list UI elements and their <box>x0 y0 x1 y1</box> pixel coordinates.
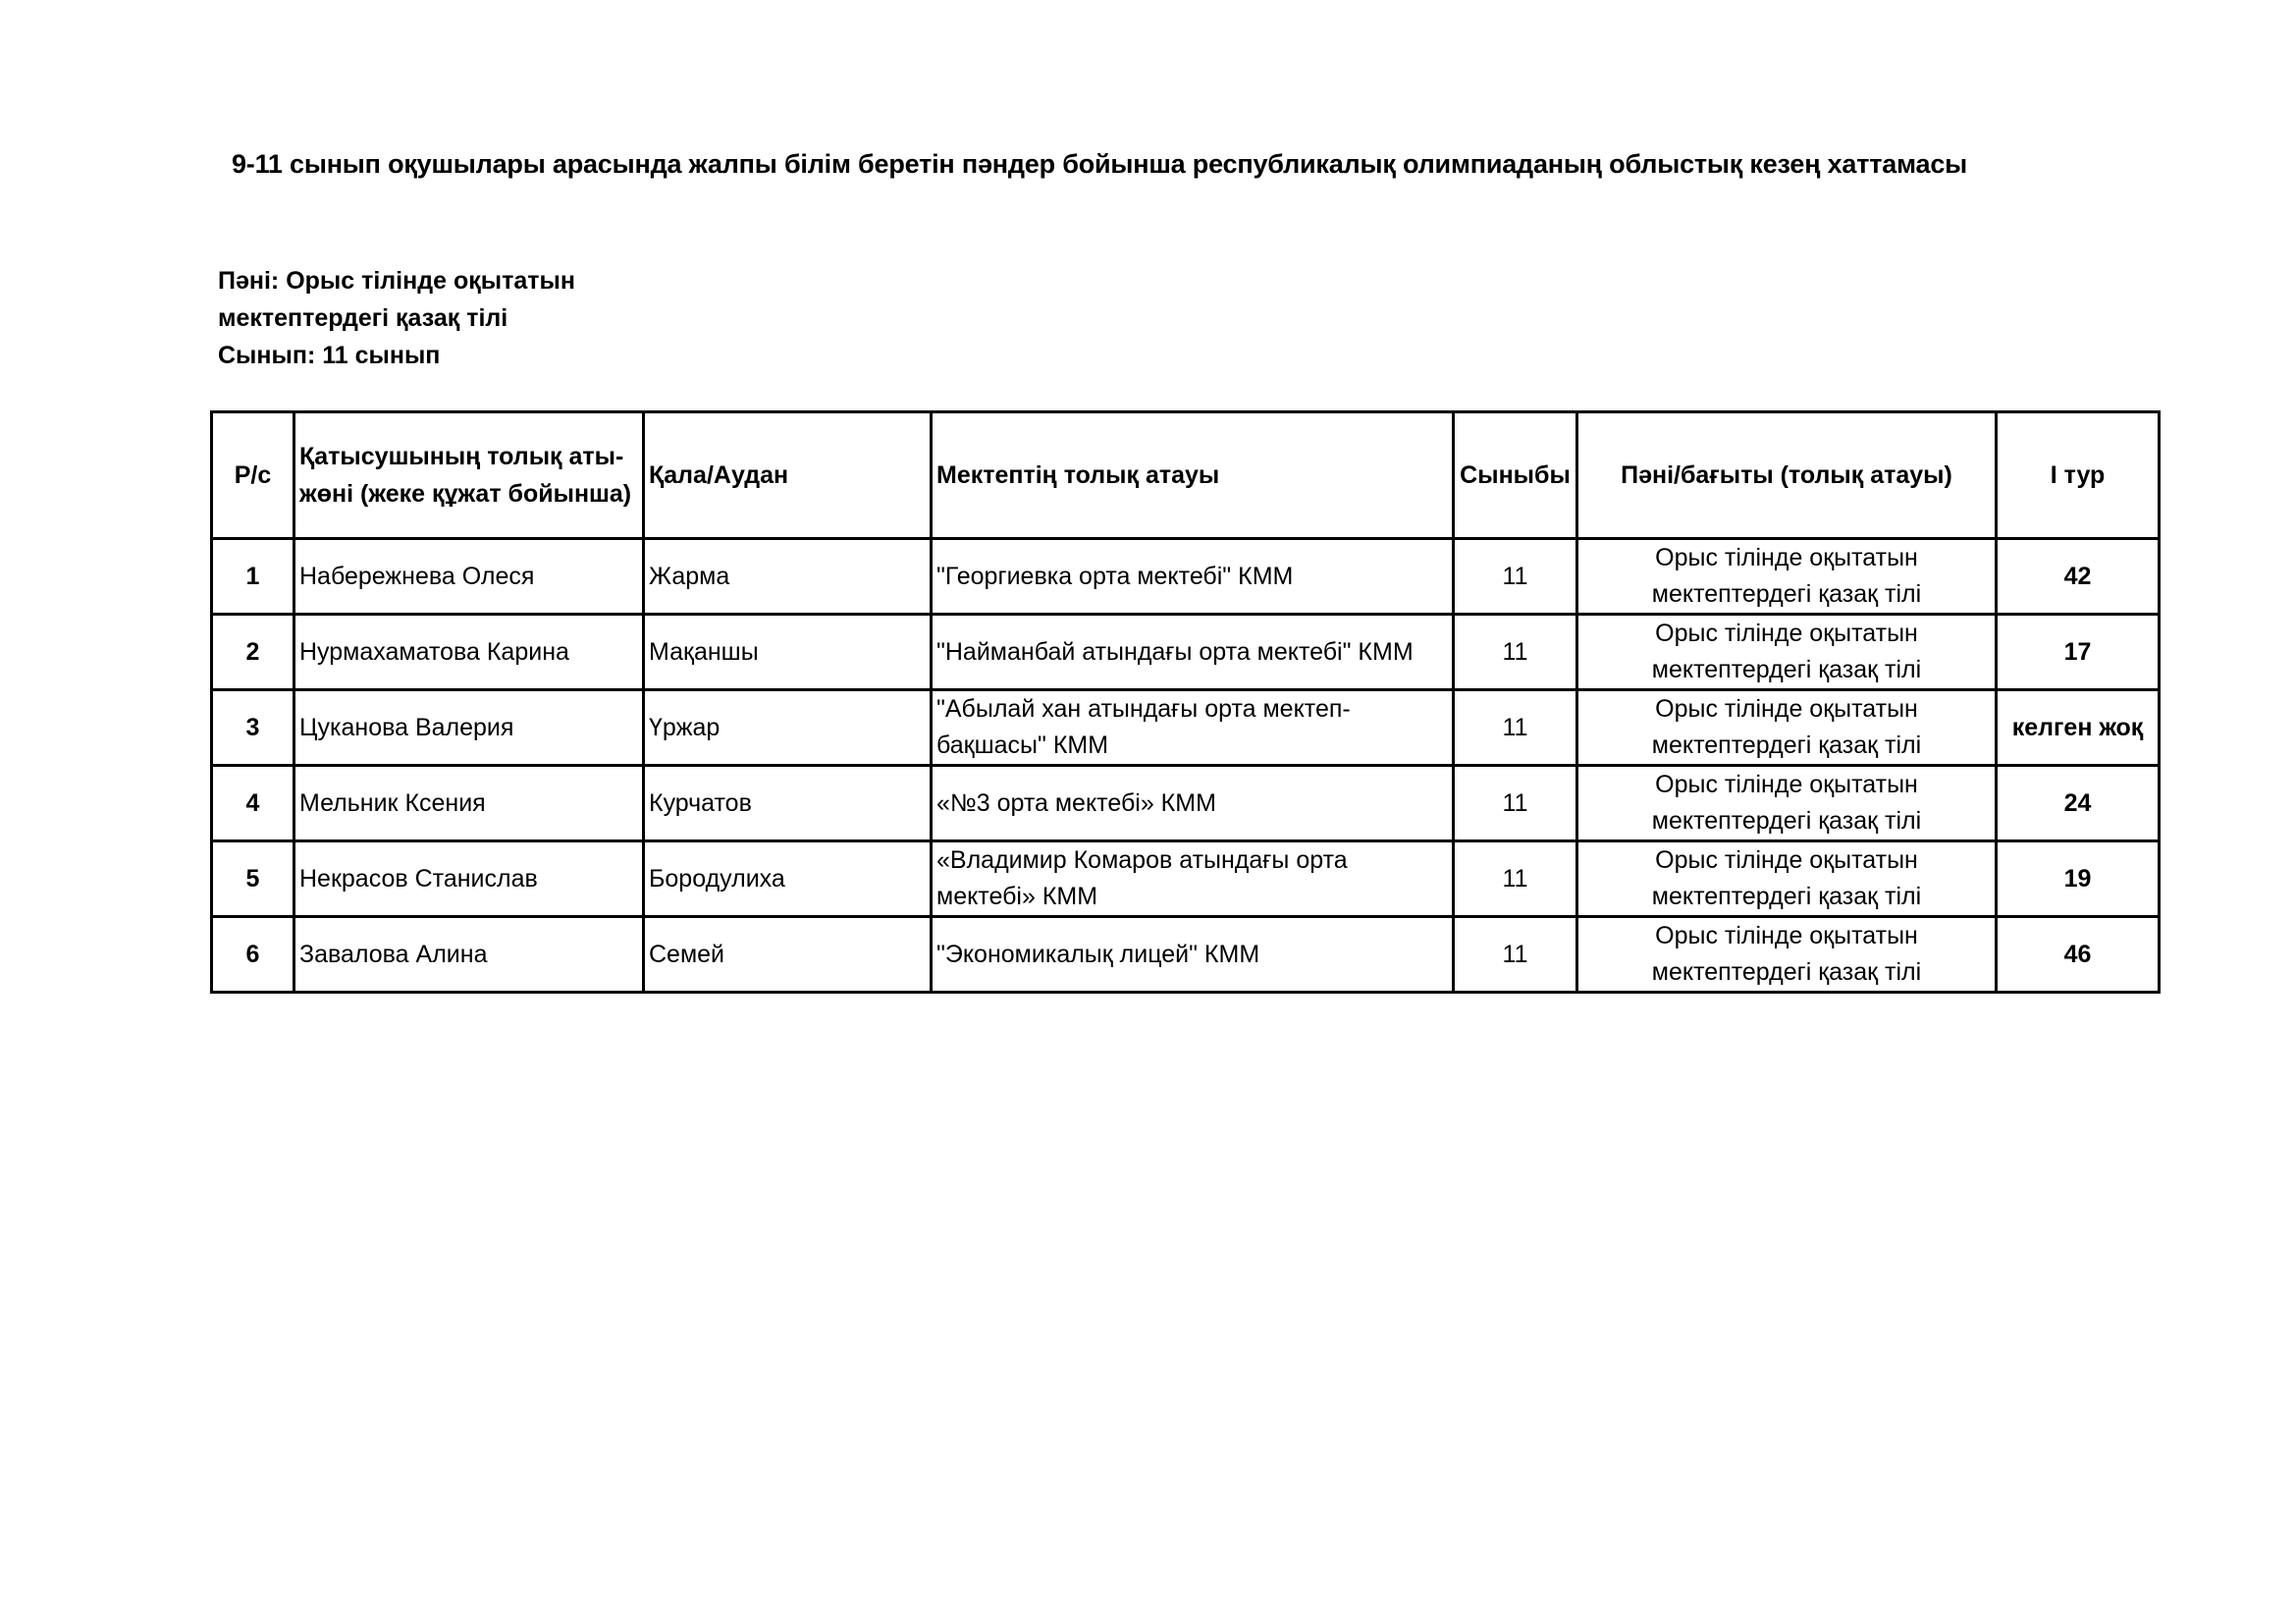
cell-full-name: Нурмахаматова Карина <box>294 615 644 690</box>
cell-round1: 42 <box>1997 539 2160 615</box>
results-table: Р/с Қатысушының толық аты-жөні (жеке құж… <box>210 410 2161 994</box>
table-row: 4 Мельник Ксения Курчатов «№3 орта мекте… <box>212 766 2160 841</box>
cell-round1: келген жоқ <box>1997 690 2160 766</box>
table-row: 2 Нурмахаматова Карина Мақаншы "Найманба… <box>212 615 2160 690</box>
cell-number: 4 <box>212 766 294 841</box>
cell-full-name: Мельник Ксения <box>294 766 644 841</box>
cell-grade: 11 <box>1454 917 1577 993</box>
cell-city-district: Үржар <box>644 690 932 766</box>
cell-grade: 11 <box>1454 690 1577 766</box>
cell-subject: Орыс тілінде оқытатын мектептердегі қаза… <box>1577 615 1997 690</box>
cell-number: 1 <box>212 539 294 615</box>
cell-school: «№3 орта мектебі» КММ <box>932 766 1454 841</box>
table-header-row: Р/с Қатысушының толық аты-жөні (жеке құж… <box>212 412 2160 539</box>
cell-number: 5 <box>212 841 294 917</box>
cell-full-name: Цуканова Валерия <box>294 690 644 766</box>
cell-full-name: Набережнева Олеся <box>294 539 644 615</box>
cell-school: "Экономикалық лицей" КММ <box>932 917 1454 993</box>
header-city-district: Қала/Аудан <box>644 412 932 539</box>
table-row: 5 Некрасов Станислав Бородулиха «Владими… <box>212 841 2160 917</box>
cell-number: 6 <box>212 917 294 993</box>
cell-school: "Абылай хан атындағы орта мектеп-бақшасы… <box>932 690 1454 766</box>
cell-subject: Орыс тілінде оқытатын мектептердегі қаза… <box>1577 917 1997 993</box>
cell-number: 3 <box>212 690 294 766</box>
table-row: 1 Набережнева Олеся Жарма "Георгиевка ор… <box>212 539 2160 615</box>
cell-school: "Георгиевка орта мектебі" КММ <box>932 539 1454 615</box>
cell-city-district: Бородулиха <box>644 841 932 917</box>
document-meta: Пәні: Орыс тілінде оқытатын мектептердег… <box>218 262 575 374</box>
cell-city-district: Мақаншы <box>644 615 932 690</box>
cell-round1: 24 <box>1997 766 2160 841</box>
cell-subject: Орыс тілінде оқытатын мектептердегі қаза… <box>1577 766 1997 841</box>
cell-grade: 11 <box>1454 615 1577 690</box>
cell-city-district: Семей <box>644 917 932 993</box>
subject-line-2: мектептердегі қазақ тілі <box>218 299 575 337</box>
cell-subject: Орыс тілінде оқытатын мектептердегі қаза… <box>1577 539 1997 615</box>
cell-full-name: Некрасов Станислав <box>294 841 644 917</box>
cell-round1: 19 <box>1997 841 2160 917</box>
header-full-name: Қатысушының толық аты-жөні (жеке құжат б… <box>294 412 644 539</box>
cell-number: 2 <box>212 615 294 690</box>
header-school: Мектептің толық атауы <box>932 412 1454 539</box>
document-title: 9-11 сынып оқушылары арасында жалпы білі… <box>226 143 1973 185</box>
table-row: 3 Цуканова Валерия Үржар "Абылай хан аты… <box>212 690 2160 766</box>
grade-line: Сынып: 11 сынып <box>218 337 575 374</box>
cell-round1: 46 <box>1997 917 2160 993</box>
header-subject: Пәні/бағыты (толық атауы) <box>1577 412 1997 539</box>
cell-city-district: Жарма <box>644 539 932 615</box>
header-grade: Сыныбы <box>1454 412 1577 539</box>
header-round1: І тур <box>1997 412 2160 539</box>
cell-school: "Найманбай атындағы орта мектебі" КММ <box>932 615 1454 690</box>
cell-school: «Владимир Комаров атындағы орта мектебі»… <box>932 841 1454 917</box>
cell-subject: Орыс тілінде оқытатын мектептердегі қаза… <box>1577 690 1997 766</box>
table-row: 6 Завалова Алина Семей "Экономикалық лиц… <box>212 917 2160 993</box>
subject-line-1: Пәні: Орыс тілінде оқытатын <box>218 262 575 299</box>
header-number: Р/с <box>212 412 294 539</box>
cell-city-district: Курчатов <box>644 766 932 841</box>
cell-grade: 11 <box>1454 841 1577 917</box>
cell-grade: 11 <box>1454 766 1577 841</box>
cell-subject: Орыс тілінде оқытатын мектептердегі қаза… <box>1577 841 1997 917</box>
cell-grade: 11 <box>1454 539 1577 615</box>
cell-round1: 17 <box>1997 615 2160 690</box>
cell-full-name: Завалова Алина <box>294 917 644 993</box>
